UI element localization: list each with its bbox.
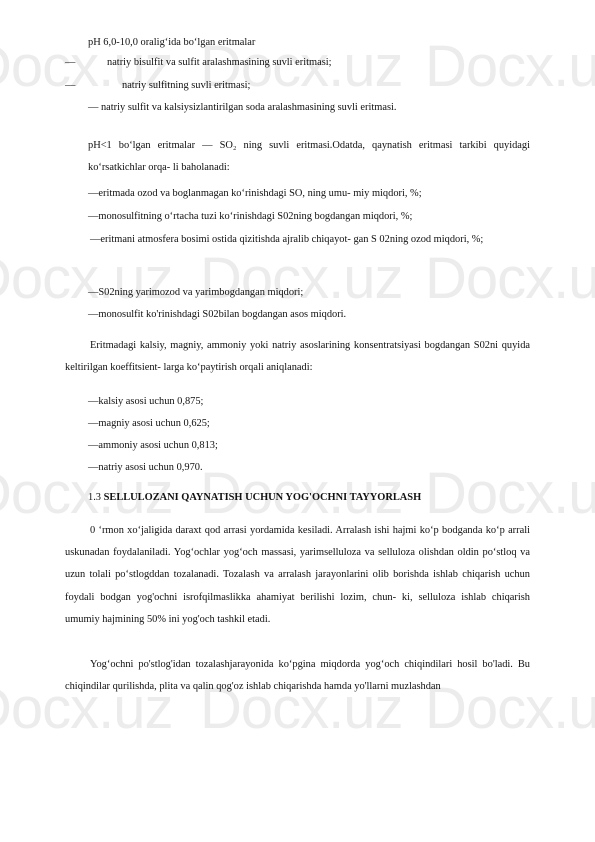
coefficient-item: —kalsiy asosi uchun 0,875; xyxy=(88,395,203,409)
indicator-text: —eritmani atmosfera bosimi ostida qiziti… xyxy=(90,234,483,245)
paragraph-text: pH<1 bo‘lgan eritmalar — SO₂ ning suvli … xyxy=(88,140,530,173)
indicator-item: —eritmada ozod va boglanmagan ko‘rinishd… xyxy=(88,187,422,201)
list-dash: — xyxy=(65,56,75,70)
list-dash: — xyxy=(65,79,75,93)
paragraph-ph-low: pH<1 bo‘lgan eritmalar — SO₂ ning suvli … xyxy=(88,135,530,179)
paragraph-forest: 0 ‘rmon xo‘jaligida daraxt qod arrasi yo… xyxy=(65,520,530,631)
indicator-item: —eritmani atmosfera bosimi ostida qiziti… xyxy=(65,229,530,251)
coefficient-item: —ammoniy asosi uchun 0,813; xyxy=(88,439,218,453)
paragraph-base-coefficients: Eritmadagi kalsiy, magniy, ammoniy yoki … xyxy=(65,335,530,379)
coefficient-item: —magniy asosi uchun 0,625; xyxy=(88,417,210,431)
paragraph-waste: Yog‘ochni po'stlog'idan tozalashjarayoni… xyxy=(65,654,530,698)
paragraph-text: Yog‘ochni po'stlog'idan tozalashjarayoni… xyxy=(65,659,530,692)
section-heading: 1.3 SELLULOZANI QAYNATISH UCHUN YOG'OCHN… xyxy=(88,491,421,505)
coefficient-item: —natriy asosi uchun 0,970. xyxy=(88,461,203,475)
paragraph-text: 0 ‘rmon xo‘jaligida daraxt qod arrasi yo… xyxy=(65,525,530,625)
ph-range-heading: pH 6,0-10,0 oralig‘ida bo‘lgan eritmalar xyxy=(88,36,255,50)
section-number: 1.3 xyxy=(88,492,101,503)
list-item: — natriy sulfit va kalsiysizlantirilgan … xyxy=(88,101,396,115)
document-page: pH 6,0-10,0 oralig‘ida bo‘lgan eritmalar… xyxy=(0,0,595,842)
list-item: natriy sulfitning suvli eritmasi; xyxy=(122,79,250,93)
indicator-item: —S02ning yarimozod va yarimbogdangan miq… xyxy=(88,286,303,300)
section-title: SELLULOZANI QAYNATISH UCHUN YOG'OCHNI TA… xyxy=(104,492,422,503)
paragraph-text: Eritmadagi kalsiy, magniy, ammoniy yoki … xyxy=(65,340,530,373)
indicator-item: —monosulfit ko'rinishdagi S02bilan bogda… xyxy=(88,308,346,322)
indicator-item: —monosulfitning o‘rtacha tuzi ko‘rinishd… xyxy=(88,210,412,224)
list-item: natriy bisulfit va sulfit aralashmasinin… xyxy=(107,56,332,70)
